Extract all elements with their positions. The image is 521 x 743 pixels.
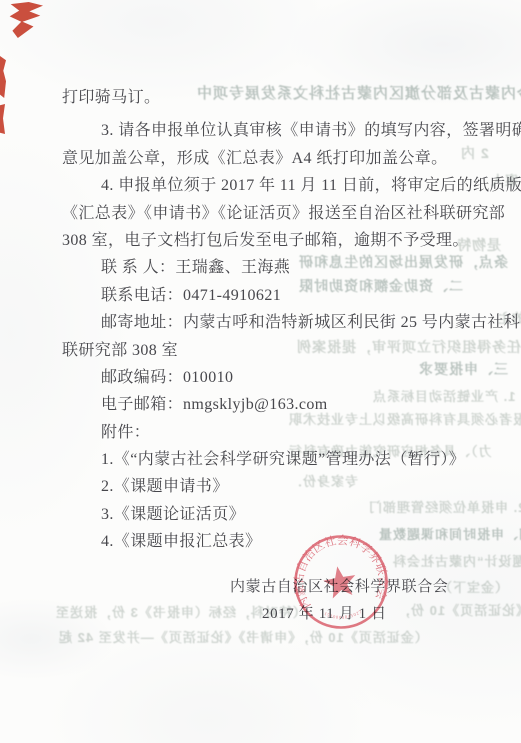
- scan-artifact-edge-1: [0, 56, 6, 98]
- doc-line: 4. 申报单位须于 2017 年 11 月 11 日前，将审定后的纸质版: [62, 172, 514, 199]
- document-body: 打印骑马订。 3. 请各申报单位认真审核《申请书》的填写内容，签署明确 意见加盖…: [62, 84, 514, 556]
- bleed-through-text: （金宝下）: [438, 577, 508, 596]
- doc-line: 308 室，电子文档打包后发至电子邮箱，逾期不予受理。: [62, 227, 514, 254]
- doc-line-email: 电子邮箱：nmgsklyjb@163.com: [62, 391, 514, 418]
- doc-line-contact-phone: 联系电话：0471-4910621: [62, 282, 514, 309]
- doc-line-postcode: 邮政编码：010010: [62, 364, 514, 391]
- official-seal: 内蒙古自治区社会科学界联合会 1510000045027: [285, 526, 397, 638]
- scanned-document-page: { "document": { "body_lines": [ "打印骑马订。"…: [0, 0, 521, 743]
- seal-serial-holder: 1510000045027: [323, 605, 364, 624]
- doc-line-attachments-label: 附件：: [62, 419, 514, 446]
- doc-line-attachment-2: 2.《课题申请书》: [62, 473, 514, 500]
- scan-artifact-edge-2: [0, 104, 5, 134]
- bleed-through-text: 《论证活页》10 份，: [396, 600, 521, 619]
- doc-line-address: 联研究部 308 室: [62, 337, 514, 364]
- doc-line: 3. 请各申报单位认真审核《申请书》的填写内容，签署明确: [62, 117, 514, 144]
- seal-serial: 1510000045027: [323, 605, 364, 624]
- seal-star-icon: [321, 564, 358, 600]
- doc-line: 打印骑马订。: [62, 84, 514, 111]
- doc-line-address: 邮寄地址：内蒙古呼和浩特新城区利民街 25 号内蒙古社科: [62, 309, 514, 336]
- doc-line: 意见加盖公章，形成《汇总表》A4 纸打印加盖公章。: [62, 145, 514, 172]
- doc-line: 《汇总表》《申请书》《论证活页》报送至自治区社科联研究部: [62, 200, 514, 227]
- doc-line-contact-person: 联 系 人：王瑞鑫、王海燕: [62, 254, 514, 281]
- doc-line-attachment-3: 3.《课题论证活页》: [62, 501, 514, 528]
- doc-line-attachment-1: 1.《“内蒙古社会科学研究课题”管理办法（暂行）》: [62, 446, 514, 473]
- scan-artifact-corner: [9, 2, 43, 38]
